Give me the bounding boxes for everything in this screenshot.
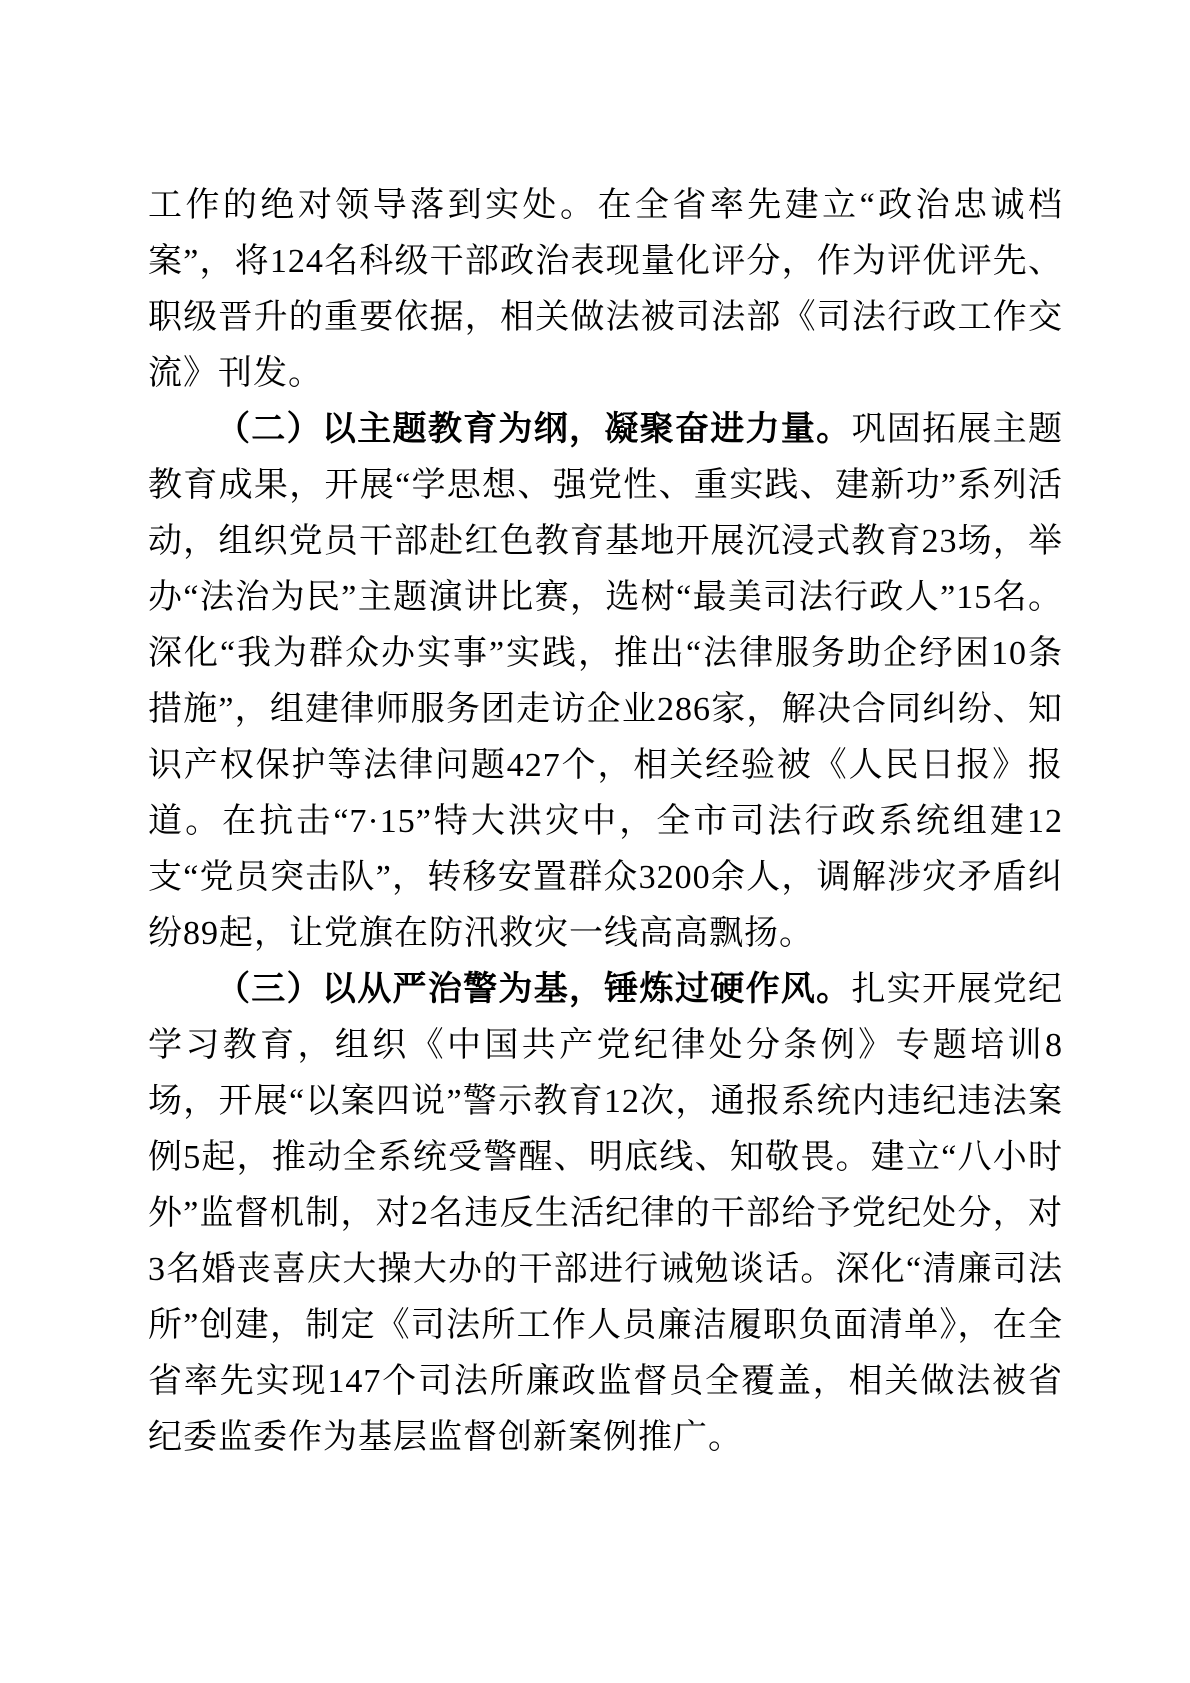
paragraph-section-3: （三）以从严治警为基，锤炼过硬作风。扎实开展党纪学习教育，组织《中国共产党纪律处… xyxy=(148,962,1063,1466)
paragraph-continuation: 工作的绝对领导落到实处。在全省率先建立“政治忠诚档案”，将124名科级干部政治表… xyxy=(148,178,1063,402)
paragraph-section-2: （二）以主题教育为纲，凝聚奋进力量。巩固拓展主题教育成果，开展“学思想、强党性、… xyxy=(148,402,1063,962)
section-2-heading: （二）以主题教育为纲，凝聚奋进力量。 xyxy=(216,411,851,448)
section-2-body-text: 巩固拓展主题教育成果，开展“学思想、强党性、重实践、建新功”系列活动，组织党员干… xyxy=(148,411,1063,952)
text-block: 工作的绝对领导落到实处。在全省率先建立“政治忠诚档案”，将124名科级干部政治表… xyxy=(148,178,1063,1466)
section-3-heading: （三）以从严治警为基，锤炼过硬作风。 xyxy=(216,971,851,1008)
document-page: 工作的绝对领导落到实处。在全省率先建立“政治忠诚档案”，将124名科级干部政治表… xyxy=(0,0,1190,1683)
paragraph-continuation-text: 工作的绝对领导落到实处。在全省率先建立“政治忠诚档案”，将124名科级干部政治表… xyxy=(148,187,1063,392)
section-3-body-text: 扎实开展党纪学习教育，组织《中国共产党纪律处分条例》专题培训8场，开展“以案四说… xyxy=(148,971,1063,1456)
